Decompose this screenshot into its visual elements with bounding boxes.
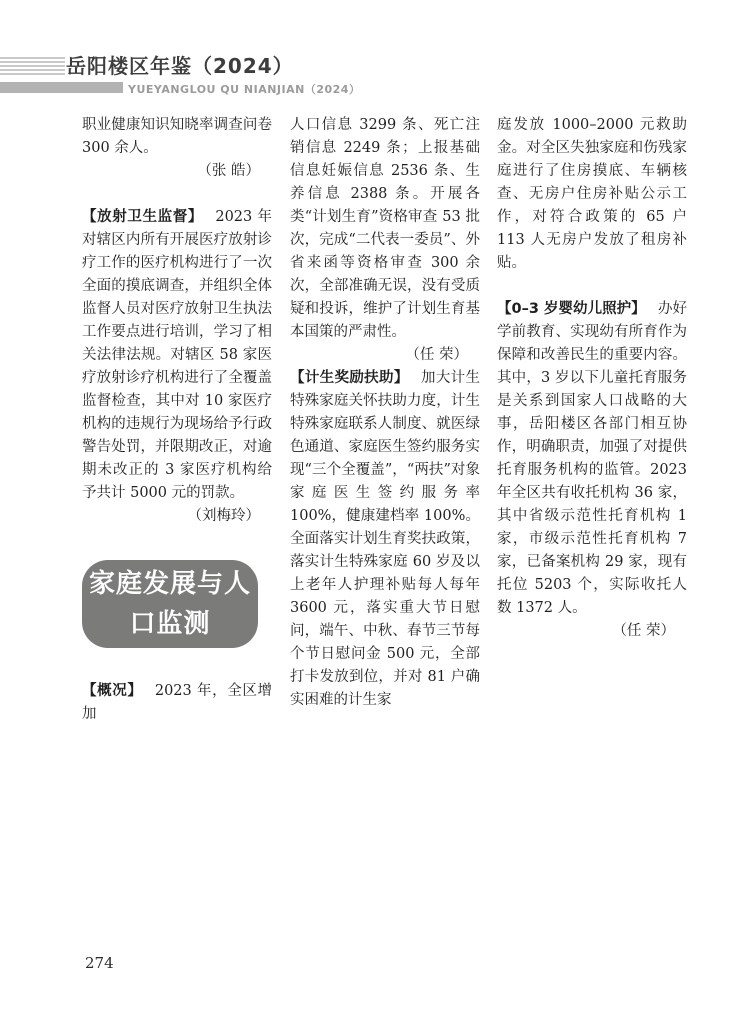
page-number: 274 [85,954,114,972]
continued-paragraph: 人口信息 3299 条、死亡注销信息 2249 条；上报基础信息妊娠信息 253… [290,114,480,344]
continued-paragraph: 职业健康知识知晓率调查问卷 300 余人。 [82,114,272,160]
yearbook-page: 岳阳楼区年鉴（2024） YUEYANGLOU QU NIANJIAN（2024… [0,0,750,1024]
author-signature-ren-rong: （任 荣） [405,344,480,367]
author-signature-liu-meiling: （刘梅玲） [82,505,272,528]
text-column-2: 人口信息 3299 条、死亡注销信息 2249 条；上报基础信息妊娠信息 253… [290,114,480,712]
entry-title-radiation-supervision: 【放射卫生监督】 [82,209,203,225]
section-banner-line1: 家庭发展与人 [82,564,258,604]
entry-title-family-planning-reward: 【计生奖励扶助】 [290,370,409,386]
section-banner-line2: 口监测 [82,604,258,644]
entry-body-infant-childcare: 办好学前教育、实现幼有所育作为保障和改善民生的重要内容。其中，3 岁以下儿童托育… [497,301,687,616]
entry-body-radiation-supervision: 2023 年对辖区内所有开展医疗放射诊疗工作的医疗机构进行了一次全面的摸底调查，… [82,209,272,501]
entry-radiation-supervision: 【放射卫生监督】2023 年对辖区内所有开展医疗放射诊疗工作的医疗机构进行了一次… [82,206,272,505]
continued-paragraph-text: 人口信息 3299 条、死亡注销信息 2249 条；上报基础信息妊娠信息 253… [290,117,480,340]
yearbook-subtitle-pinyin: YUEYANGLOU QU NIANJIAN（2024） [128,81,360,97]
section-banner-family-development: 家庭发展与人 口监测 [82,560,258,648]
entry-body-family-planning-reward: 加大计生特殊家庭关怀扶助力度，计生特殊家庭联系人制度、就医绿色通道、家庭医生签约… [290,370,480,708]
author-signature-ren-rong: （任 荣） [497,620,687,643]
entry-overview: 【概况】2023 年，全区增加 [82,680,272,726]
entry-infant-childcare: 【0–3 岁婴幼儿照护】办好学前教育、实现幼有所育作为保障和改善民生的重要内容。… [497,298,687,620]
continued-paragraph: 庭发放 1000–2000 元救助金。对全区失独家庭和伤残家庭进行了住房摸底、车… [497,114,687,275]
header-bar-decoration [0,82,123,93]
entry-title-infant-childcare: 【0–3 岁婴幼儿照护】 [497,301,646,317]
author-signature-zhang-hao: （张 皓） [82,160,272,183]
yearbook-title: 岳阳楼区年鉴（2024） [66,50,294,79]
text-column-3: 庭发放 1000–2000 元救助金。对全区失独家庭和伤残家庭进行了住房摸底、车… [497,114,687,643]
header-stripes-decoration [0,57,65,77]
text-column-1: 职业健康知识知晓率调查问卷 300 余人。 （张 皓） 【放射卫生监督】2023… [82,114,272,726]
entry-title-overview: 【概况】 [82,683,143,699]
entry-family-planning-reward: 【计生奖励扶助】加大计生特殊家庭关怀扶助力度，计生特殊家庭联系人制度、就医绿色通… [290,367,480,712]
